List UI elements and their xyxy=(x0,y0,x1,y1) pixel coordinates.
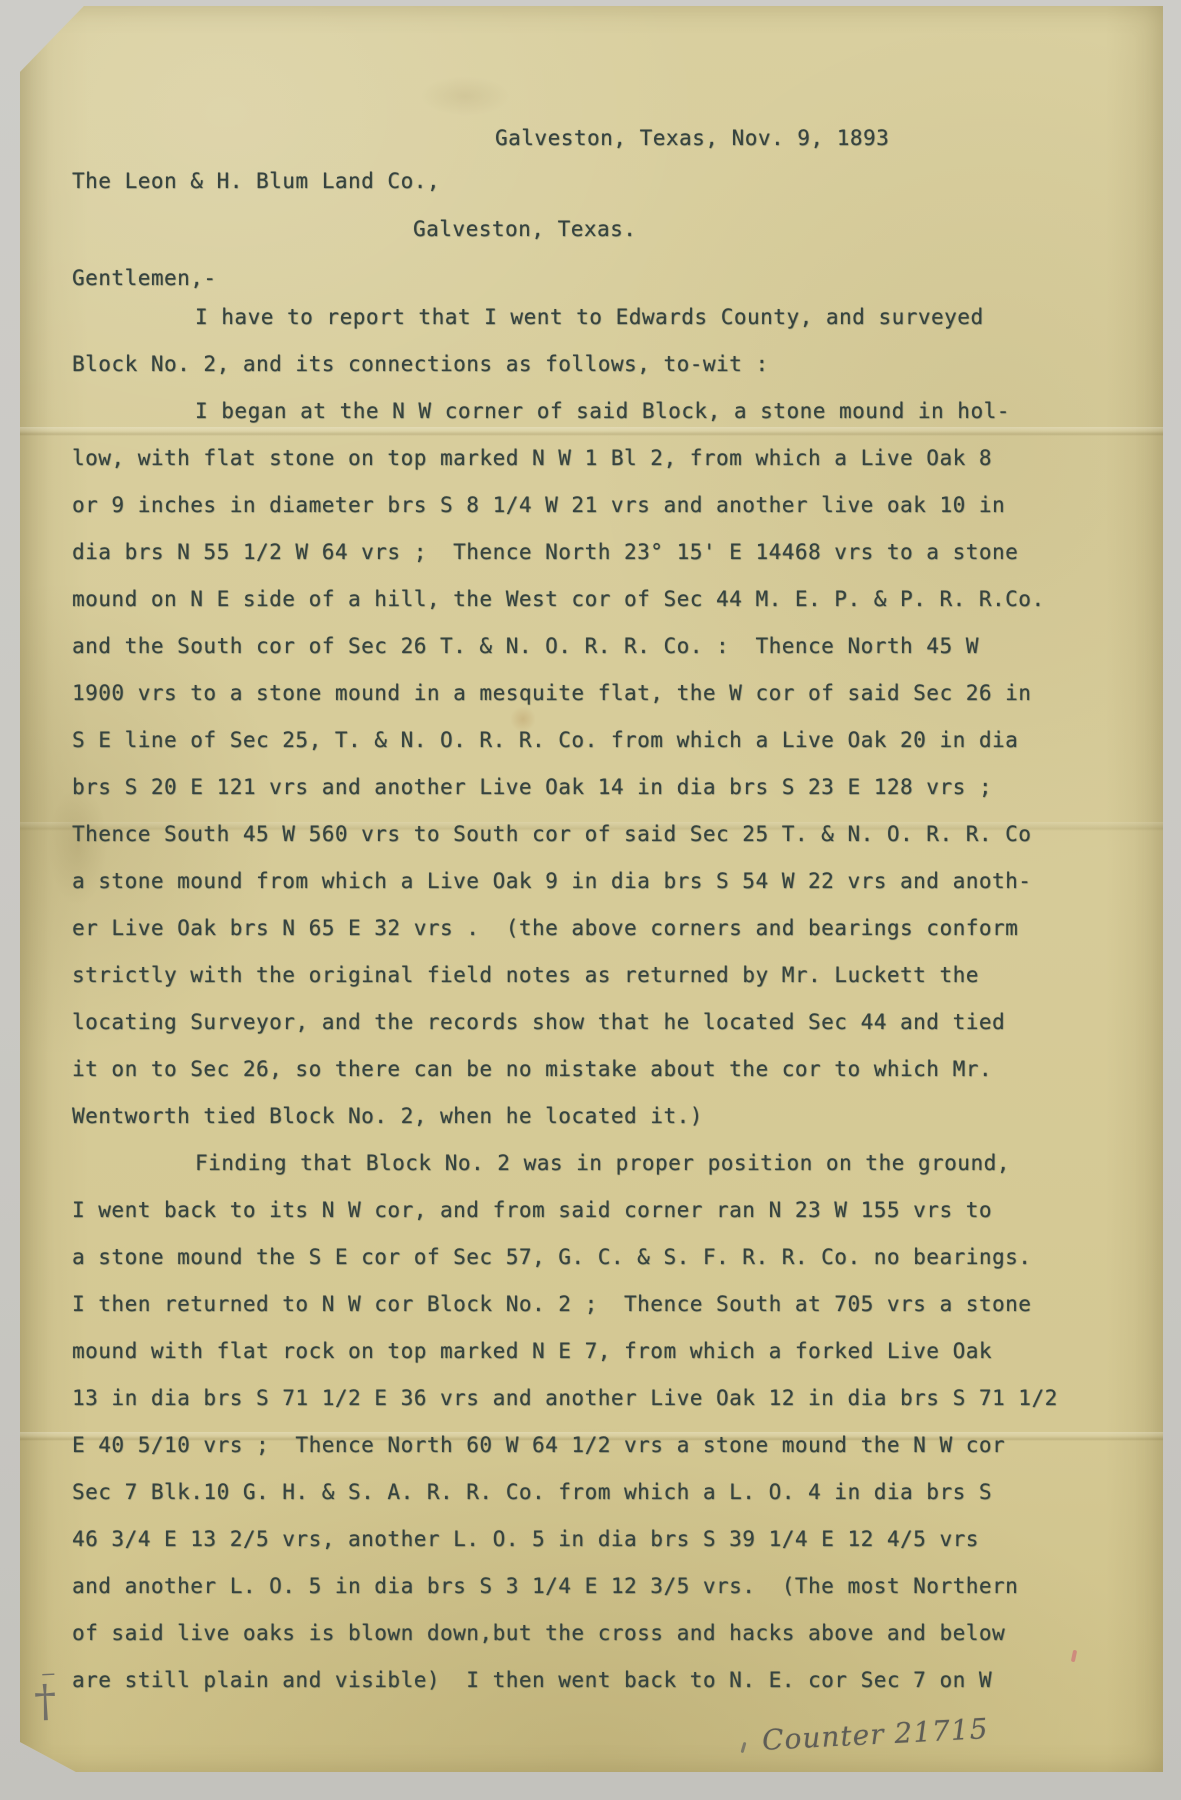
typed-line: or 9 inches in diameter brs S 8 1/4 W 21… xyxy=(72,482,1162,529)
typed-line: strictly with the original field notes a… xyxy=(72,952,1162,999)
typed-line: it on to Sec 26, so there can be no mist… xyxy=(72,1046,1162,1093)
typed-line: 46 3/4 E 13 2/5 vrs, another L. O. 5 in … xyxy=(72,1516,1162,1563)
typed-line: 1900 vrs to a stone mound in a mesquite … xyxy=(72,670,1162,717)
pencil-tally-mark: — † xyxy=(33,1666,57,1725)
scan-background: { "page": { "kind": "typewritten letter … xyxy=(0,0,1181,1800)
typed-line: I went back to its N W cor, and from sai… xyxy=(72,1187,1162,1234)
typed-line: are still plain and visible) I then went… xyxy=(72,1657,1162,1704)
typed-line: and the South cor of Sec 26 T. & N. O. R… xyxy=(72,623,1162,670)
typed-line: locating Surveyor, and the records show … xyxy=(72,999,1162,1046)
typed-line: I then returned to N W cor Block No. 2 ;… xyxy=(72,1281,1162,1328)
typed-line: a stone mound the S E cor of Sec 57, G. … xyxy=(72,1234,1162,1281)
typed-line: Block No. 2, and its connections as foll… xyxy=(72,341,1162,388)
dateline: Galveston, Texas, Nov. 9, 1893 xyxy=(495,115,889,162)
handwritten-counter-note: Counter 21715 xyxy=(761,1712,989,1757)
pencil-tick xyxy=(741,1742,747,1753)
typed-line: low, with flat stone on top marked N W 1… xyxy=(72,435,1162,482)
typed-line: mound with flat rock on top marked N E 7… xyxy=(72,1328,1162,1375)
typed-line: 13 in dia brs S 71 1/2 E 36 vrs and anot… xyxy=(72,1375,1162,1422)
typed-line: mound on N E side of a hill, the West co… xyxy=(72,576,1162,623)
typed-line: I have to report that I went to Edwards … xyxy=(72,294,1162,341)
recipient-name: The Leon & H. Blum Land Co., xyxy=(72,158,440,205)
typed-line: Thence South 45 W 560 vrs to South cor o… xyxy=(72,811,1162,858)
typed-line: Wentworth tied Block No. 2, when he loca… xyxy=(72,1093,1162,1140)
typed-line: a stone mound from which a Live Oak 9 in… xyxy=(72,858,1162,905)
typed-line: er Live Oak brs N 65 E 32 vrs . (the abo… xyxy=(72,905,1162,952)
typed-line: E 40 5/10 vrs ; Thence North 60 W 64 1/2… xyxy=(72,1422,1162,1469)
typed-line: dia brs N 55 1/2 W 64 vrs ; Thence North… xyxy=(72,529,1162,576)
letter-page: Galveston, Texas, Nov. 9, 1893 The Leon … xyxy=(20,6,1163,1772)
recipient-city: Galveston, Texas. xyxy=(413,206,636,253)
typed-line: of said live oaks is blown down,but the … xyxy=(72,1610,1162,1657)
typed-line: Finding that Block No. 2 was in proper p… xyxy=(72,1140,1162,1187)
typed-line: brs S 20 E 121 vrs and another Live Oak … xyxy=(72,764,1162,811)
typed-line: S E line of Sec 25, T. & N. O. R. R. Co.… xyxy=(72,717,1162,764)
tally-cross-glyph: † xyxy=(33,1680,57,1725)
typed-line: and another L. O. 5 in dia brs S 3 1/4 E… xyxy=(72,1563,1162,1610)
paper-stain xyxy=(420,76,510,116)
letter-body: I have to report that I went to Edwards … xyxy=(72,294,1162,1704)
typed-line: I began at the N W corner of said Block,… xyxy=(72,388,1162,435)
typed-line: Sec 7 Blk.10 G. H. & S. A. R. R. Co. fro… xyxy=(72,1469,1162,1516)
